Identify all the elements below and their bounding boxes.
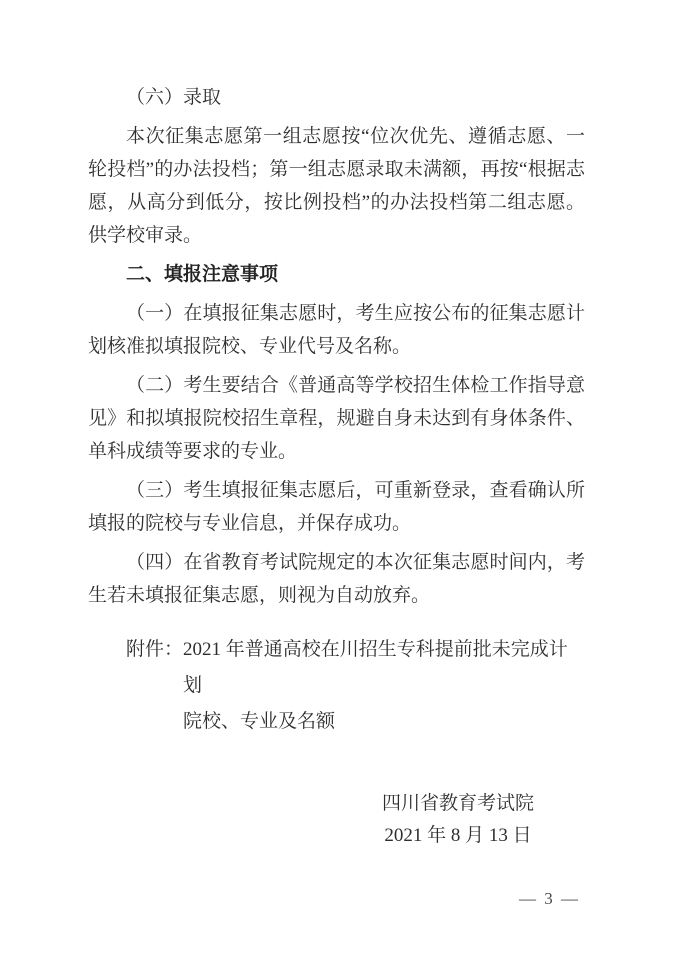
signature-date: 2021 年 8 月 13 日	[382, 820, 534, 852]
attachment-label: 附件：	[126, 632, 183, 740]
page-number: — 3 —	[519, 888, 580, 910]
attachment-block: 附件： 2021 年普通高校在川招生专科提前批未完成计划 院校、专业及名额	[126, 632, 585, 740]
paragraph-admission-method: 本次征集志愿第一组志愿按“位次优先、遵循志愿、一轮投档”的办法投档；第一组志愿录…	[88, 120, 585, 252]
note-item-1: （一）在填报征集志愿时，考生应按公布的征集志愿计划核准拟填报院校、专业代号及名称…	[88, 297, 585, 363]
attachment-title-line-1: 2021 年普通高校在川招生专科提前批未完成计划	[183, 632, 585, 704]
note-item-2: （二）考生要结合《普通高等学校招生体检工作指导意见》和拟填报院校招生章程，规避自…	[88, 369, 585, 468]
signature-org: 四川省教育考试院	[382, 788, 534, 820]
signature-block: 四川省教育考试院 2021 年 8 月 13 日	[382, 788, 534, 852]
section-heading-notes: 二、填报注意事项	[88, 258, 585, 291]
attachment-title-line-2: 院校、专业及名额	[183, 704, 585, 740]
note-item-4: （四）在省教育考试院规定的本次征集志愿时间内，考生若未填报征集志愿，则视为自动放…	[88, 546, 585, 612]
attachment-title: 2021 年普通高校在川招生专科提前批未完成计划 院校、专业及名额	[183, 632, 585, 740]
section-heading-admission: （六）录取	[88, 81, 585, 114]
document-body: （六）录取 本次征集志愿第一组志愿按“位次优先、遵循志愿、一轮投档”的办法投档；…	[88, 81, 585, 852]
note-item-3: （三）考生填报征集志愿后，可重新登录，查看确认所填报的院校与专业信息，并保存成功…	[88, 474, 585, 540]
document-page: （六）录取 本次征集志愿第一组志愿按“位次优先、遵循志愿、一轮投档”的办法投档；…	[0, 0, 680, 961]
